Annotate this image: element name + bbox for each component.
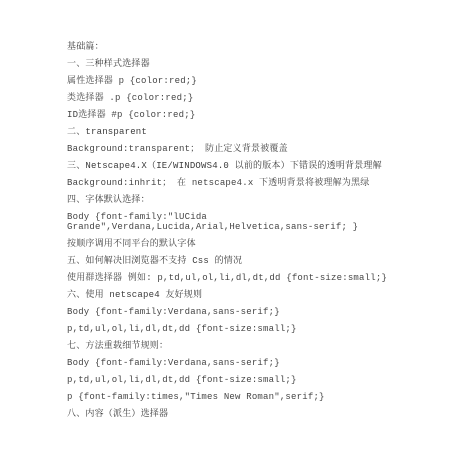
code-line-id-selector: ID选择器 #p {color:red;} [67,110,396,120]
code-line-body-font-stack: Body {font-family:"lUCida Grande",Verdan… [67,212,396,232]
section-heading-7: 七、方法重载细节规则： [67,341,396,351]
section-heading-3: 三、Netscape4.X（IE/WINDOWS4.0 以前的版本）下错误的透明… [67,161,396,171]
section-heading-8: 八、内容（派生）选择器 [67,409,396,419]
code-line-group-selector: 使用群选择器 例如: p,td,ul,ol,li,dl,dt,dd {font-… [67,273,396,283]
code-line-group-small-2: p,td,ul,ol,li,dl,dt,dd {font-size:small;… [67,375,396,385]
section-heading-1: 一、三种样式选择器 [67,59,396,69]
code-line-class-selector: 类选择器 .p {color:red;} [67,93,396,103]
section-heading-5: 五、如何解决旧浏览器不支持 Css 的情况 [67,256,396,266]
text-line-font-note: 按顺序调用不同平台的默认字体 [67,239,396,249]
code-line-bg-inherit: Background:inhrit； 在 netscape4.x 下透明背景将被… [67,178,396,188]
code-line-bg-transparent: Background:transparent； 防止定义背景被覆盖 [67,144,396,154]
code-line-body-verdana-2: Body {font-family:Verdana,sans-serif;} [67,358,396,368]
code-line-p-times: p {font-family:times,"Times New Roman",s… [67,392,396,402]
code-line-tag-selector: 属性选择器 p {color:red;} [67,76,396,86]
document-page: 基础篇： 一、三种样式选择器 属性选择器 p {color:red;} 类选择器… [0,0,452,452]
section-heading-4: 四、字体默认选择： [67,195,396,205]
section-heading-6: 六、使用 netscape4 友好规则 [67,290,396,300]
code-line-group-small-1: p,td,ul,ol,li,dl,dt,dd {font-size:small;… [67,324,396,334]
code-line-body-verdana-1: Body {font-family:Verdana,sans-serif;} [67,307,396,317]
doc-title: 基础篇： [67,42,396,52]
section-heading-2: 二、transparent [67,127,396,137]
